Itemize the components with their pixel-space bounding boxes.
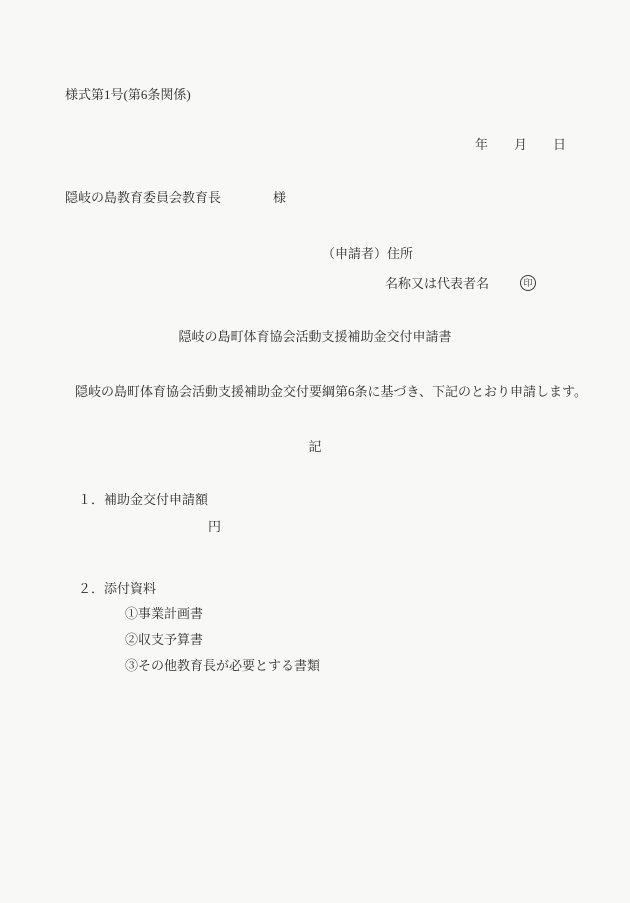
addressee-line: 隠岐の島教育委員会教育長 様 (65, 190, 286, 206)
seal-icon: 印 (520, 275, 536, 291)
applicant-address-label: （申請者）住所 (322, 246, 413, 262)
attachment-item-3: ③その他教育長が必要とする書類 (125, 658, 320, 674)
application-statement: 隠岐の島町体育協会活動支援補助金交付要綱第6条に基づき、下記のとおり申請します。 (75, 384, 587, 400)
date-year-label: 年 (475, 137, 488, 153)
record-marker: 記 (0, 439, 630, 455)
applicant-name-label: 名称又は代表者名 (385, 276, 489, 292)
date-line: 年 月 日 (475, 137, 566, 153)
document-title: 隠岐の島町体育協会活動支援補助金交付申請書 (0, 329, 630, 345)
date-month-label: 月 (514, 137, 527, 153)
section-2-heading: ２．添付資料 (78, 581, 156, 597)
date-day-label: 日 (553, 137, 566, 153)
attachment-item-2: ②収支予算書 (125, 632, 203, 648)
section-1-amount-unit: 円 (208, 519, 221, 535)
section-1-heading: １．補助金交付申請額 (78, 492, 208, 508)
document-page: 様式第1号(第6条関係) 年 月 日 隠岐の島教育委員会教育長 様 （申請者）住… (0, 0, 630, 903)
attachment-item-1: ①事業計画書 (125, 606, 203, 622)
form-number: 様式第1号(第6条関係) (65, 87, 191, 103)
